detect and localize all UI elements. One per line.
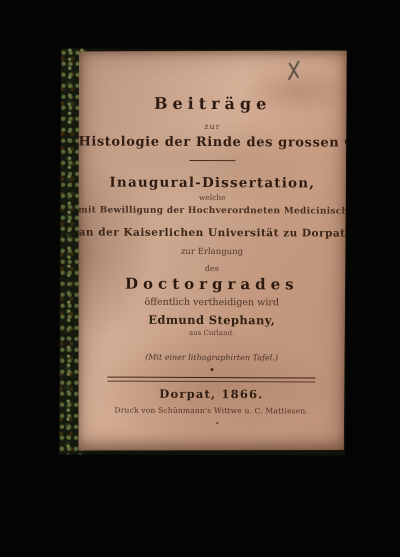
university-line: an der Kaiserlichen Universität zu Dorpa… bbox=[78, 226, 346, 239]
book-title-page: Beiträge zur Histologie der Rinde des gr… bbox=[59, 48, 347, 455]
author-origin: aus Curland. bbox=[78, 328, 346, 337]
relative-word: welche bbox=[78, 192, 346, 202]
article-word: des bbox=[78, 263, 346, 273]
book-photograph: Beiträge zur Histologie der Rinde des gr… bbox=[0, 0, 400, 557]
purpose-line: zur Erlangung bbox=[78, 246, 346, 257]
dissertation-heading: Inaugural-Dissertation, bbox=[78, 174, 346, 191]
main-title: Histologie der Rinde des grossen Gehirns… bbox=[78, 134, 346, 150]
double-divider-rule bbox=[107, 377, 315, 383]
pencil-x-mark-icon bbox=[285, 59, 301, 81]
author-name: Edmund Stephany, bbox=[78, 312, 346, 327]
imprint-place-year: Dorpat, 1866. bbox=[77, 386, 345, 401]
series-title: Beiträge bbox=[79, 93, 347, 113]
dot-ornament bbox=[210, 368, 213, 371]
title-page-paper: Beiträge zur Histologie der Rinde des gr… bbox=[77, 49, 347, 451]
series-connector: zur bbox=[79, 121, 347, 131]
defense-line: öffentlich vertheidigen wird bbox=[78, 296, 346, 308]
faculty-approval-line: mit Bewilligung der Hochverordneten Medi… bbox=[78, 205, 346, 216]
printer-line: Druck von Schünmann's Wittwe u. C. Matti… bbox=[77, 405, 345, 415]
small-ink-spot bbox=[217, 422, 219, 424]
short-divider-rule bbox=[189, 160, 235, 161]
plate-note: (Mit einer lithographirten Tafel.) bbox=[78, 352, 346, 362]
degree-title: Doctorgrades bbox=[78, 274, 346, 293]
